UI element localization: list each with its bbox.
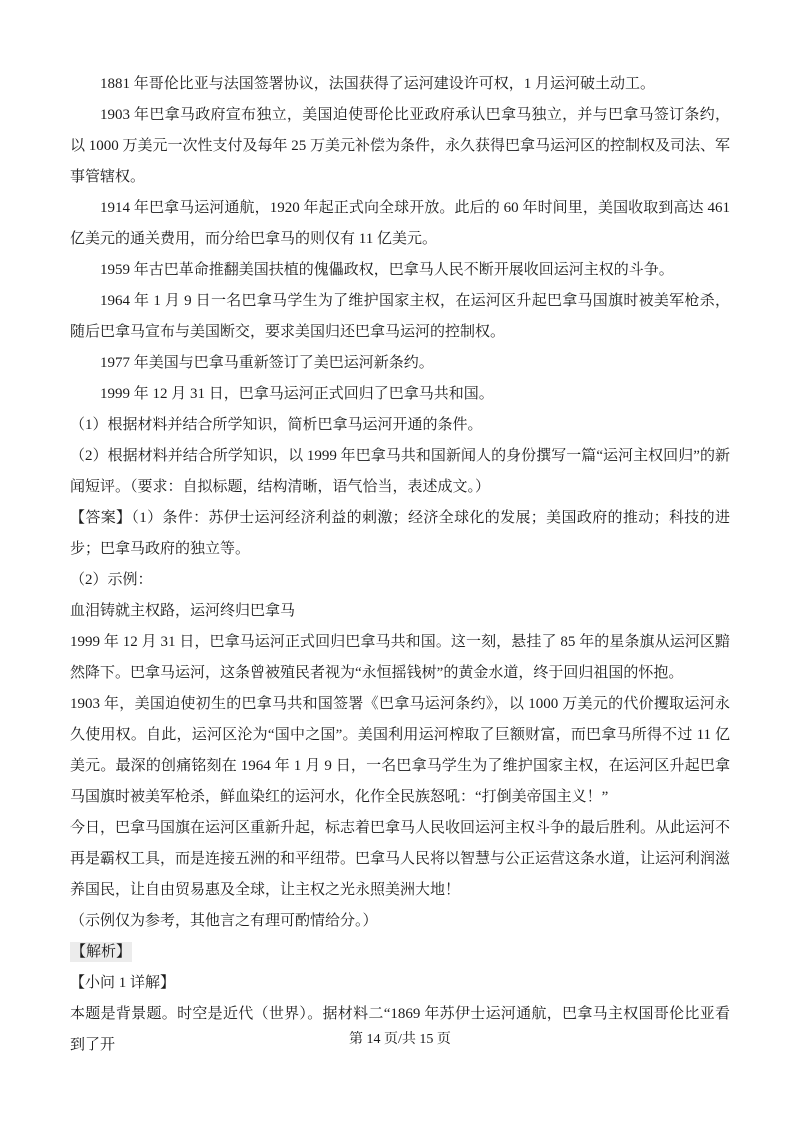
answer-part1: 【答案】（1）条件：苏伊士运河经济利益的刺激；经济全球化的发展；美国政府的推动；… xyxy=(70,503,730,565)
timeline-item-1999: 1999 年 12 月 31 日，巴拿马运河正式回归了巴拿马共和国。 xyxy=(70,379,730,410)
analysis-header: 【解析】 xyxy=(70,937,730,968)
answer-essay-paragraph-3: 今日，巴拿马国旗在运河区重新升起，标志着巴拿马人民收回运河主权斗争的最后胜利。从… xyxy=(70,813,730,906)
question-2: （2）根据材料并结合所学知识，以 1999 年巴拿马共和国新闻人的身份撰写一篇“… xyxy=(70,441,730,503)
answer-essay-paragraph-2: 1903 年，美国迫使初生的巴拿马共和国签署《巴拿马运河条约》，以 1000 万… xyxy=(70,689,730,813)
timeline-item-1914: 1914 年巴拿马运河通航，1920 年起正式向全球开放。此后的 60 年时间里… xyxy=(70,193,730,255)
question-1: （1）根据材料并结合所学知识，简析巴拿马运河开通的条件。 xyxy=(70,410,730,441)
timeline-item-1977: 1977 年美国与巴拿马重新签订了美巴运河新条约。 xyxy=(70,348,730,379)
answer-essay-paragraph-1: 1999 年 12 月 31 日，巴拿马运河正式回归巴拿马共和国。这一刻，悬挂了… xyxy=(70,627,730,689)
analysis-header-label: 【解析】 xyxy=(70,942,132,962)
answer-essay-title: 血泪铸就主权路，运河终归巴拿马 xyxy=(70,596,730,627)
answer-part2-label: （2）示例： xyxy=(70,565,730,596)
timeline-item-1881: 1881 年哥伦比亚与法国签署协议，法国获得了运河建设许可权，1 月运河破土动工… xyxy=(70,69,730,100)
timeline-item-1964: 1964 年 1 月 9 日一名巴拿马学生为了维护国家主权，在运河区升起巴拿马国… xyxy=(70,286,730,348)
document-page: 1881 年哥伦比亚与法国签署协议，法国获得了运河建设许可权，1 月运河破土动工… xyxy=(0,0,800,1131)
analysis-subquestion-1-header: 【小问 1 详解】 xyxy=(70,968,730,999)
timeline-item-1903: 1903 年巴拿马政府宣布独立，美国迫使哥伦比亚政府承认巴拿马独立，并与巴拿马签… xyxy=(70,100,730,193)
page-content: 1881 年哥伦比亚与法国签署协议，法国获得了运河建设许可权，1 月运河破土动工… xyxy=(70,69,730,1061)
page-number: 第 14 页/共 15 页 xyxy=(0,1028,800,1048)
timeline-item-1959: 1959 年古巴革命推翻美国扶植的傀儡政权，巴拿马人民不断开展收回运河主权的斗争… xyxy=(70,255,730,286)
answer-grading-note: （示例仅为参考，其他言之有理可酌情给分。） xyxy=(70,906,730,937)
